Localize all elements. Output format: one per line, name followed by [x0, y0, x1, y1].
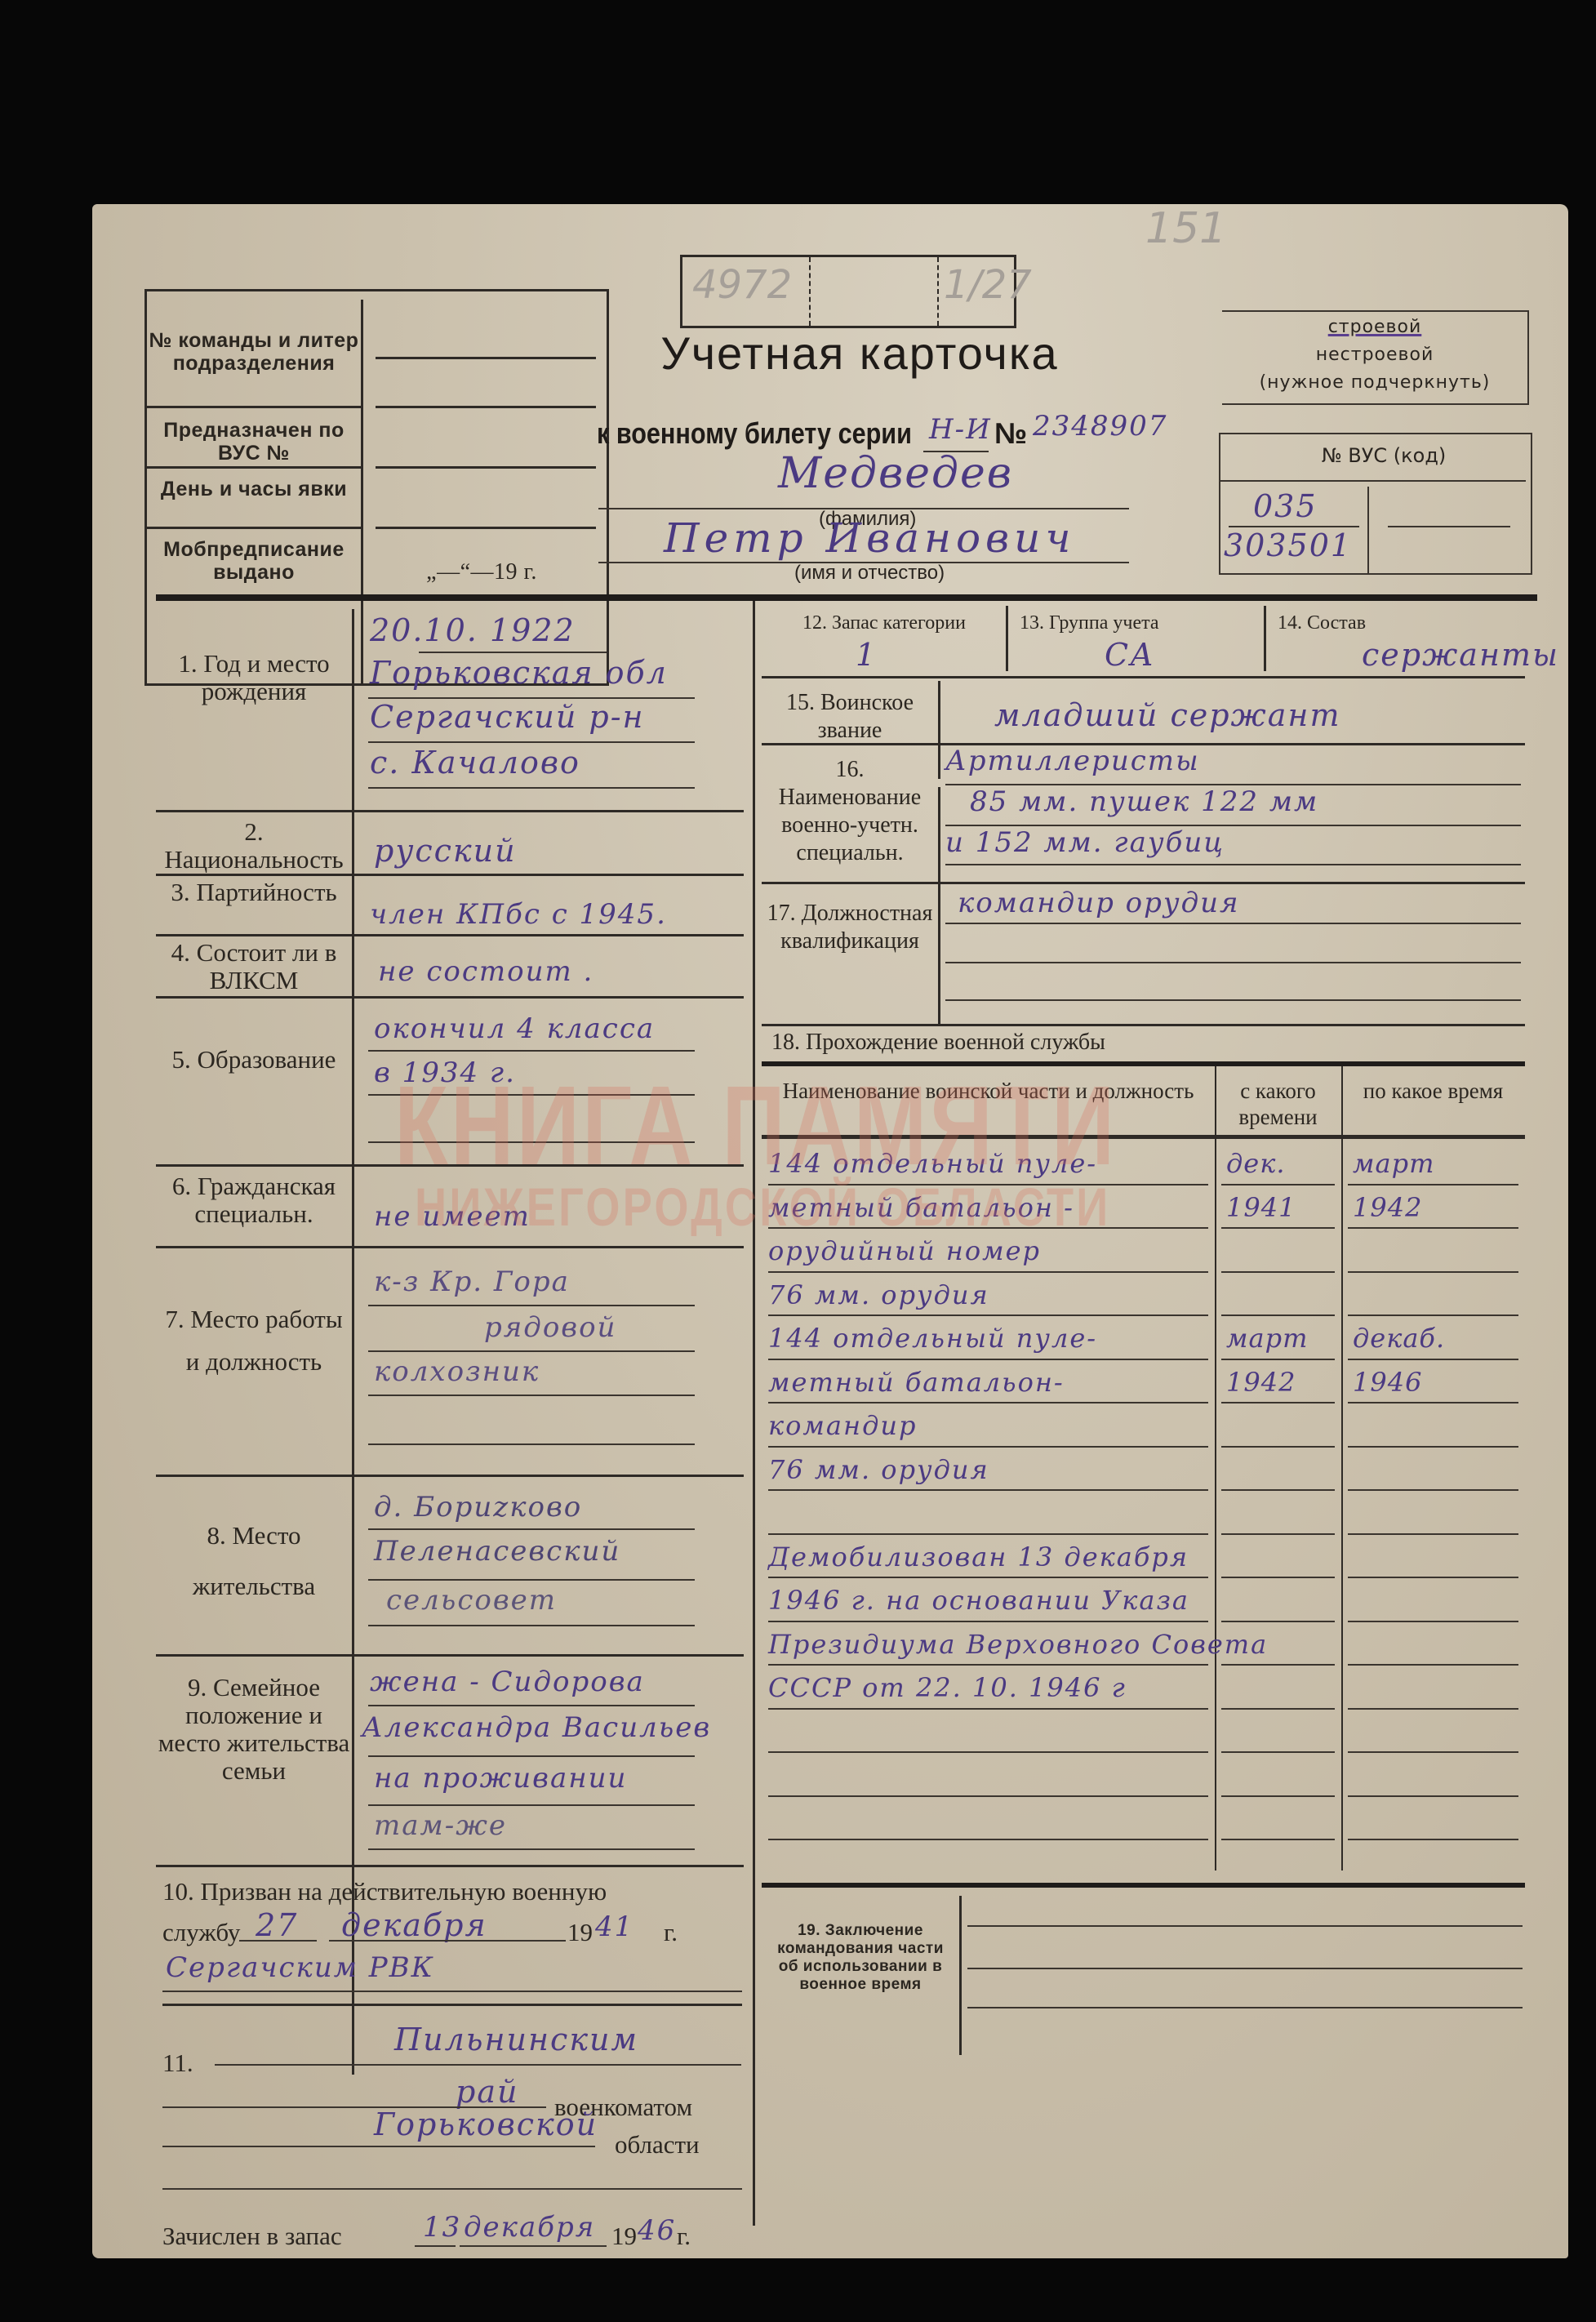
ticket-number: 2348907: [1033, 410, 1167, 443]
service-from-cell: март: [1226, 1323, 1308, 1354]
service-unit-cell: 1946 г. на основании Указа: [768, 1585, 1189, 1616]
label-commissariat: 11.: [162, 2049, 193, 2077]
residence-line-2: Пеленасевский: [374, 1535, 620, 1568]
label-command-conclusion: 19. Заключение командования части об исп…: [767, 1922, 954, 1994]
stamp-right-value: 1/27: [944, 262, 1032, 308]
service-to-cell: март: [1353, 1148, 1434, 1179]
label-family: 9. Семейное положение и место жительства…: [156, 1674, 352, 1785]
drafted-year: 41: [595, 1911, 634, 1943]
service-to-cell: 1946: [1353, 1367, 1422, 1398]
composition-value: сержанты: [1362, 637, 1559, 673]
commissariat-region: Горьковской: [374, 2106, 598, 2142]
label-education: 5. Образование: [156, 1037, 352, 1083]
label-report-day: День и часы явки: [147, 478, 361, 500]
label-composition: 14. Состав: [1268, 609, 1441, 637]
label-drafted: 10. Призван на действительную военную: [162, 1878, 607, 1906]
column-header: по какое время: [1345, 1078, 1522, 1104]
birth-date: 20.10. 1922: [370, 612, 576, 648]
service-type-combatant: строевой: [1222, 317, 1527, 337]
reserve-day: 13: [423, 2211, 461, 2244]
table-row: метный батальон -19411942: [762, 1189, 1525, 1233]
service-unit-cell: СССР от 22. 10. 1946 г: [768, 1672, 1127, 1703]
mob-order-date: „—“—19 г.: [367, 561, 596, 584]
label-residence: 8. Место жительства: [156, 1510, 352, 1612]
table-row: 144 отдельный пуле-мартдекаб.: [762, 1319, 1525, 1363]
registration-card: 151 4972 1/27 № команды и литер подразде…: [92, 204, 1568, 2258]
table-row: орудийный номер: [762, 1232, 1525, 1276]
table-row: Президиума Верховного Совета: [762, 1626, 1525, 1670]
drafted-office: Сергачским РВК: [166, 1951, 434, 1984]
drafted-month: декабря: [341, 1907, 487, 1943]
label-registration-group: 13. Группа учета: [1010, 609, 1273, 637]
family-line-3: на проживании: [374, 1762, 627, 1795]
table-row: Демобилизован 13 декабря: [762, 1538, 1525, 1582]
column-header: Наименование воинской части и должность: [765, 1078, 1211, 1104]
specialty-line-2: 85 мм. пушек 122 мм: [970, 785, 1318, 818]
service-unit-cell: 144 отдельный пуле-: [768, 1148, 1097, 1179]
vus-code-1: 035: [1253, 488, 1318, 524]
qualification-value: командир орудия: [958, 887, 1240, 919]
label-reserve-category: 12. Запас категории: [762, 609, 1007, 637]
ticket-series: Н-И: [929, 413, 992, 446]
label-qualification: 17. Должностная квалификация: [762, 900, 938, 955]
label-military-specialty: 16. Наименование военно-учетн. специальн…: [762, 756, 938, 867]
workplace-line-1: к-з Кр. Гора: [374, 1266, 570, 1298]
region-suffix: области: [615, 2131, 700, 2159]
service-type-hint: (нужное подчеркнуть): [1222, 372, 1527, 393]
reserve-year: 46: [638, 2214, 676, 2247]
family-line-2: Александра Васильев: [362, 1711, 711, 1744]
ticket-caption: к военному билету серии: [597, 416, 912, 451]
table-row: 76 мм. орудия: [762, 1451, 1525, 1495]
pencil-mark: 151: [1145, 204, 1226, 253]
service-unit-cell: Президиума Верховного Совета: [768, 1629, 1268, 1660]
table-row: [762, 1800, 1525, 1844]
card-title: Учетная карточка: [647, 327, 1072, 380]
rank-value: младший сержант: [994, 697, 1340, 733]
label-nationality: 2. Национальность: [156, 818, 352, 874]
service-unit-cell: метный батальон-: [768, 1367, 1065, 1398]
label-reserve: Зачислен в запас: [162, 2222, 342, 2250]
table-row: [762, 1756, 1525, 1800]
commissariat-rai: рай: [456, 2074, 518, 2110]
reserve-month: декабря: [464, 2211, 595, 2244]
service-from-cell: 1941: [1226, 1192, 1296, 1223]
education-line-2: в 1934 г.: [374, 1056, 516, 1089]
service-unit-cell: Демобилизован 13 декабря: [768, 1541, 1189, 1572]
service-from-cell: 1942: [1226, 1367, 1296, 1398]
table-row: 144 отдельный пуле-дек.март: [762, 1145, 1525, 1189]
commissariat-district: Пильнинским: [394, 2022, 638, 2057]
drafted-year-suffix: г.: [664, 1919, 678, 1946]
table-row: [762, 1844, 1525, 1888]
family-line-1: жена - Сидорова: [370, 1666, 645, 1698]
table-row: 76 мм. орудия: [762, 1276, 1525, 1320]
civil-specialty-value: не имеет: [374, 1200, 531, 1233]
service-from-cell: дек.: [1226, 1148, 1286, 1179]
party-value: член КПбс с 1945.: [370, 898, 667, 931]
drafted-day: 27: [256, 1907, 298, 1943]
label-assigned-vus: Предназначен по ВУС №: [147, 419, 361, 465]
label-command-number: № команды и литер подразделения: [147, 329, 361, 375]
residence-line-3: сельсовет: [386, 1584, 557, 1617]
education-line-1: окончил 4 класса: [374, 1012, 655, 1045]
service-unit-cell: 144 отдельный пуле-: [768, 1323, 1097, 1354]
label-workplace: 7. Место работы и должность: [156, 1298, 352, 1383]
header-divider: [156, 594, 1537, 601]
column-header: с какого времени: [1218, 1078, 1338, 1130]
workplace-line-2: рядовой: [484, 1311, 616, 1344]
service-to-cell: декаб.: [1353, 1323, 1445, 1354]
workplace-line-3: колхозник: [374, 1355, 540, 1388]
table-row: метный батальон-19421946: [762, 1363, 1525, 1408]
reserve-year-suffix: г.: [677, 2222, 691, 2250]
first-patronymic: Петр Иванович: [664, 514, 1075, 562]
service-to-cell: 1942: [1353, 1192, 1422, 1223]
nationality-value: русский: [374, 833, 517, 869]
vus-code-2: 303501: [1224, 527, 1352, 563]
stamp-left-value: 4972: [692, 262, 792, 308]
label-civil-specialty: 6. Гражданская специальн.: [156, 1172, 352, 1228]
service-history-table: Наименование воинской части и должностьс…: [762, 1066, 1529, 1883]
service-unit-cell: 76 мм. орудия: [768, 1279, 989, 1310]
table-row: СССР от 22. 10. 1946 г: [762, 1669, 1525, 1713]
specialty-line-3: и 152 мм. гаубиц: [945, 826, 1225, 859]
service-unit-cell: метный батальон -: [768, 1192, 1074, 1223]
label-komsomol: 4. Состоит ли в ВЛКСМ: [156, 939, 352, 994]
number-sign: №: [994, 416, 1027, 451]
label-service-history: 18. Прохождение военной службы: [771, 1029, 1105, 1056]
service-unit-cell: 76 мм. орудия: [768, 1454, 989, 1485]
label-mob-order: Мобпредписание выдано: [147, 538, 361, 584]
registration-group-value: СА: [1105, 637, 1155, 673]
table-row: [762, 1494, 1525, 1538]
table-row: командир: [762, 1407, 1525, 1451]
family-line-4: там-же: [374, 1809, 507, 1842]
reserve-category-value: 1: [856, 637, 877, 673]
label-service: службу: [162, 1919, 240, 1946]
birth-village: с. Качалово: [370, 745, 580, 781]
birth-region: Горьковская обл: [370, 655, 668, 691]
service-type-box: строевой нестроевой (нужное подчеркнуть): [1222, 310, 1529, 405]
table-row: 1946 г. на основании Указа: [762, 1581, 1525, 1626]
label-party: 3. Партийность: [156, 879, 352, 906]
column-divider: [753, 601, 755, 2226]
residence-line-1: д. Бориzково: [374, 1491, 582, 1524]
service-unit-cell: орудийный номер: [768, 1235, 1041, 1266]
komsomol-value: не состоит .: [378, 955, 593, 988]
label-rank: 15. Воинское звание: [762, 689, 938, 745]
birth-district: Сергачский р-н: [370, 699, 645, 735]
specialty-line-1: Артиллеристы: [945, 745, 1200, 777]
label-birth: 1. Год и место рождения: [156, 650, 352, 705]
service-unit-cell: командир: [768, 1410, 917, 1441]
surname: Медведев: [778, 449, 1013, 498]
vus-label: № ВУС (код): [1245, 444, 1523, 467]
first-patronymic-caption: (имя и отчество): [794, 562, 945, 585]
table-row: [762, 1713, 1525, 1757]
service-type-noncombatant: нестроевой: [1222, 345, 1527, 365]
vus-box: № ВУС (код) 035 303501: [1219, 433, 1532, 575]
drafted-year-prefix: 19: [567, 1919, 593, 1946]
reserve-year-prefix: 19: [611, 2222, 637, 2250]
stamp-box: 4972 1/27: [680, 255, 1016, 328]
